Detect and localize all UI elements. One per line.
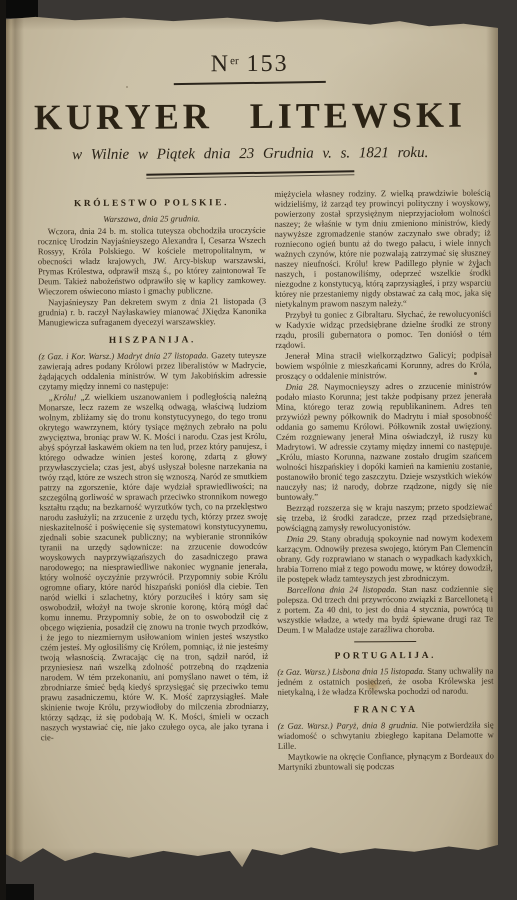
masthead-dateline: w Wilnie w Piątek dnia 23 Grudnia v. s. …	[4, 144, 496, 165]
article-paragraph: Nayjaśnieyszy Pan dekretem swym z dnia 2…	[38, 296, 266, 327]
section-heading-portugal: PORTUGALIJA.	[277, 650, 493, 663]
article-paragraph: (z Gaz. i Kor. Warsz.) Madryt dnia 27 li…	[38, 350, 266, 391]
section-heading-spain: HISZPANIJA.	[38, 334, 266, 347]
article-paragraph: Maytkowie na okręcie Confiance, płynącym…	[278, 751, 494, 772]
article-paragraph: „Królu! „Z wielkiem uszanowaniem i podle…	[39, 391, 269, 742]
issue-prefix: N	[211, 51, 231, 77]
scan-background: Ner 153 KURYER LITEWSKI w Wilnie w Piąte…	[0, 0, 517, 900]
issue-rule	[174, 81, 326, 85]
right-column: miężyciela własney rodziny. Z wielką pra…	[274, 188, 494, 844]
section-heading-france: FRANCYA	[278, 704, 494, 717]
article-paragraph: Wczora, dnia 24 b. m. stolica tuteysza o…	[38, 225, 266, 296]
article-columns: KRÓLESTWO POLSKIE. Warszawa, dnia 25 gru…	[37, 188, 494, 846]
newspaper-page: Ner 153 KURYER LITEWSKI w Wilnie w Piąte…	[6, 16, 498, 874]
article-paragraph: Barcellona dnia 24 listopada. Stan nasz …	[277, 584, 493, 635]
article-paragraph: Dnia 28. Naymocnieyszy adres o zrzucenie…	[276, 381, 493, 502]
masthead: Ner 153 KURYER LITEWSKI w Wilnie w Piąte…	[3, 15, 496, 179]
newspaper-title: KURYER LITEWSKI	[4, 95, 496, 138]
page-content: Ner 153 KURYER LITEWSKI w Wilnie w Piąte…	[3, 15, 500, 876]
issue-number: Ner 153	[4, 47, 496, 79]
date-lead: Barcellona dnia 24 listopada.	[287, 584, 397, 595]
warsaw-dateline: Warszawa, dnia 25 grudnia.	[38, 213, 266, 224]
address-salutation: „Królu!	[49, 392, 77, 402]
date-lead: Dnia 28.	[286, 382, 319, 392]
section-heading-kingdom-of-poland: KRÓLESTWO POLSKIE.	[37, 197, 265, 210]
article-paragraph: Przybył tu goniec z Gibraltaru. Słychać,…	[275, 309, 491, 350]
issue-value: 153	[247, 51, 289, 77]
paragraph-text: „Z wielkiem uszanowaniem i podległością …	[39, 391, 269, 742]
article-paragraph: Bezrząd rozszerza się w kraju naszym; pr…	[276, 502, 492, 533]
article-paragraph: Jenerał Mina stracił wielkorządztwo Gali…	[275, 350, 491, 381]
section-divider-rule	[354, 641, 416, 642]
masthead-rule	[146, 170, 354, 178]
left-column: KRÓLESTWO POLSKIE. Warszawa, dnia 25 gru…	[37, 189, 269, 845]
article-paragraph: Dnia 29. Stany obradują spokoynie nad no…	[277, 533, 493, 584]
paragraph-text: Naymocnieyszy adres o zrzucenie ministró…	[276, 381, 493, 502]
scan-left-edge	[0, 0, 6, 900]
article-paragraph: miężyciela własney rodziny. Z wielką pra…	[274, 188, 491, 309]
issue-superscript: er	[230, 55, 239, 67]
article-paragraph: (z Gaz. Warsz.) Lisbona dnia 15 listopad…	[277, 666, 493, 697]
date-lead: Dnia 29.	[287, 534, 318, 544]
article-paragraph: (z Gaz. Warsz.) Paryż, dnia 8 grudnia. N…	[278, 720, 494, 751]
